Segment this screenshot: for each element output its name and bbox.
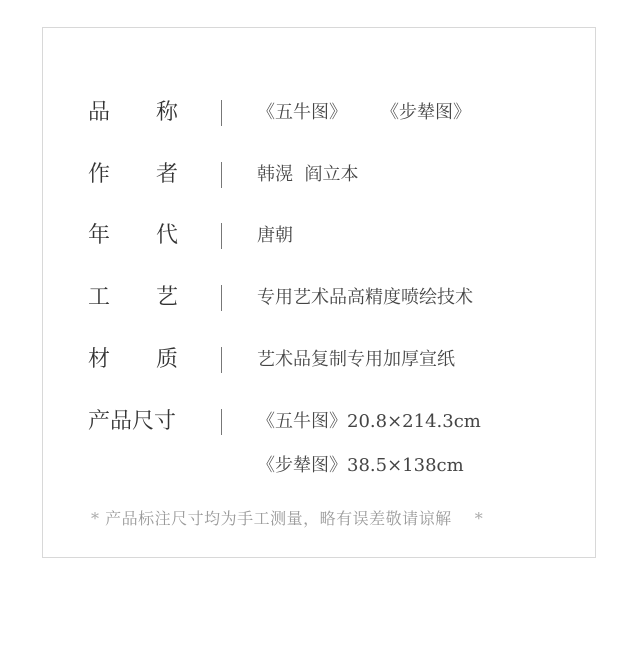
spec-label: 年 代	[88, 216, 178, 256]
label-char: 年	[88, 216, 110, 256]
spec-label: 工 艺	[88, 278, 178, 318]
separator-line	[221, 223, 222, 249]
label-char: 代	[156, 216, 178, 256]
spec-label: 作 者	[88, 155, 178, 195]
spec-row-era: 年 代 唐朝	[43, 216, 595, 256]
spec-row-material: 材 质 艺术品复制专用加厚宣纸	[43, 340, 595, 380]
spec-label: 品 称	[88, 93, 178, 133]
spec-value: 唐朝	[257, 216, 293, 256]
spec-value: 韩滉 阎立本	[257, 155, 358, 195]
spec-label: 材 质	[88, 340, 178, 380]
separator-line	[221, 347, 222, 373]
label-char: 作	[88, 155, 110, 195]
label-char: 材	[88, 340, 110, 380]
spec-value: 《五牛图》《步辇图》	[257, 93, 471, 133]
spec-row-name: 品 称 《五牛图》《步辇图》	[43, 93, 595, 133]
label-char: 工	[88, 278, 110, 318]
spec-row-size: 产品尺寸 《五牛图》20.8×214.3cm	[43, 402, 595, 442]
size-line-2: 《步辇图》38.5×138cm	[257, 446, 464, 486]
label-char: 称	[156, 93, 178, 133]
spec-label: 产品尺寸	[88, 402, 176, 442]
label-char: 质	[156, 340, 178, 380]
spec-row-craft: 工 艺 专用艺术品高精度喷绘技术	[43, 278, 595, 318]
label-char: 者	[156, 155, 178, 195]
separator-line	[221, 285, 222, 311]
separator-line	[221, 162, 222, 188]
measurement-note: * 产品标注尺寸均为手工测量，略有误差敬请谅解 *	[91, 506, 483, 529]
artwork-title-2: 《步辇图》	[381, 102, 471, 123]
artwork-title-1: 《五牛图》	[257, 102, 347, 123]
label-char: 艺	[156, 278, 178, 318]
separator-line	[221, 409, 222, 435]
asterisk-icon: *	[475, 509, 484, 528]
spec-value: 艺术品复制专用加厚宣纸	[257, 340, 455, 380]
label-char: 品	[88, 93, 110, 133]
note-text: 产品标注尺寸均为手工测量，略有误差敬请谅解	[105, 509, 452, 528]
size-line-1: 《五牛图》20.8×214.3cm	[257, 402, 481, 442]
separator-line	[221, 100, 222, 126]
asterisk-icon: *	[91, 509, 100, 528]
product-spec-card: 品 称 《五牛图》《步辇图》 作 者 韩滉 阎立本 年 代 唐朝 工 艺 专用艺…	[42, 27, 596, 558]
spec-value: 专用艺术品高精度喷绘技术	[257, 278, 473, 318]
spec-row-author: 作 者 韩滉 阎立本	[43, 155, 595, 195]
